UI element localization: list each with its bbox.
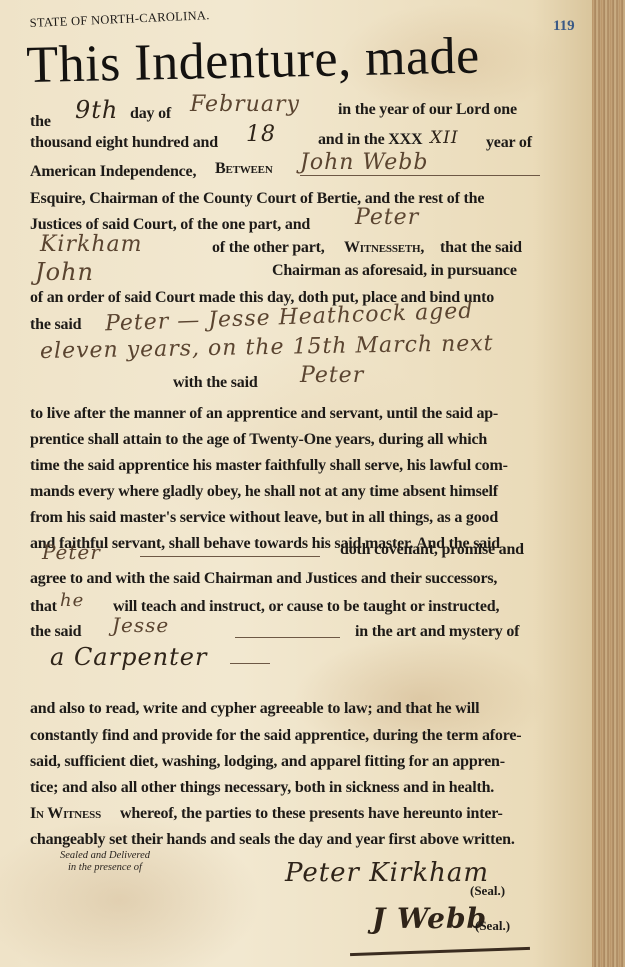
sealed-delivered-note: Sealed and Delivered in the presence of — [60, 850, 150, 874]
printed-text: day of — [130, 105, 171, 123]
printed-text: that the said — [440, 239, 522, 257]
printed-text: the — [30, 113, 51, 131]
printed-text: In Witness — [30, 805, 101, 823]
printed-text: Chairman as aforesaid, in pursuance — [272, 262, 517, 280]
printed-text: doth covenant, promise and — [340, 541, 524, 559]
printed-text: with the said — [173, 374, 258, 392]
signature-flourish — [350, 947, 530, 956]
seal-label: (Seal.) — [475, 918, 510, 934]
printed-text: and also to read, write and cypher agree… — [30, 700, 479, 718]
printed-text: said, sufficient diet, washing, lodging,… — [30, 753, 505, 771]
fill-line — [300, 175, 540, 176]
handwritten-party-last: Kirkham — [40, 232, 142, 257]
printed-text: American Independence, — [30, 163, 196, 181]
signature-webb: J Webb — [372, 902, 487, 935]
printed-text: that — [30, 598, 57, 616]
handwritten-party-first: Peter — [355, 205, 419, 230]
handwritten-day: 9th — [75, 96, 118, 124]
printed-text: prentice shall attain to the age of Twen… — [30, 431, 487, 449]
handwritten-month: February — [190, 92, 300, 117]
handwritten-chairman-name: John Webb — [300, 150, 428, 175]
document-title: This Indenture, made — [26, 27, 480, 95]
state-heading: STATE OF NORTH-CAROLINA. — [29, 8, 210, 31]
printed-text: in the art and mystery of — [355, 623, 519, 641]
handwritten-covenant-name: Peter — [42, 540, 101, 564]
handwritten-trade: a Carpenter — [50, 643, 207, 671]
printed-text: to live after the manner of an apprentic… — [30, 405, 498, 423]
printed-text: the said — [30, 623, 81, 641]
printed-text: Witnesseth, — [344, 239, 424, 257]
printed-text: will teach and instruct, or cause to be … — [113, 598, 499, 616]
printed-text: of the other part, — [212, 239, 325, 257]
handwritten-independence-year: XII — [430, 128, 459, 148]
document-page: STATE OF NORTH-CAROLINA. 119 This Indent… — [0, 0, 592, 967]
seal-label: (Seal.) — [470, 883, 505, 899]
printed-text: whereof, the parties to these presents h… — [120, 805, 503, 823]
fill-line — [140, 556, 320, 557]
printed-text: year of — [486, 134, 532, 152]
printed-text: from his said master's service without l… — [30, 509, 498, 527]
handwritten-chairman-first: John — [35, 258, 94, 286]
book-page-edges — [592, 0, 625, 967]
printed-text: Between — [215, 160, 273, 178]
handwritten-with-said: Peter — [300, 363, 364, 388]
printed-text: the said — [30, 316, 81, 334]
handwritten-year: 18 — [246, 122, 276, 147]
printed-text: tice; and also all other things necessar… — [30, 779, 494, 797]
printed-text: mands every where gladly obey, he shall … — [30, 483, 498, 501]
printed-text: agree to and with the said Chairman and … — [30, 570, 497, 588]
printed-text: and in the XXX — [318, 131, 422, 149]
fill-line — [235, 637, 340, 638]
printed-text: thousand eight hundred and — [30, 134, 218, 152]
page-number: 119 — [553, 18, 575, 35]
printed-text: changeably set their hands and seals the… — [30, 831, 515, 849]
printed-text: in the year of our Lord one — [338, 101, 517, 119]
printed-text: time the said apprentice his master fait… — [30, 457, 508, 475]
handwritten-apprentice-name: Jesse — [112, 613, 169, 637]
printed-text: constantly find and provide for the said… — [30, 727, 521, 745]
fill-line — [230, 663, 270, 664]
handwritten-pronoun: he — [60, 590, 84, 611]
signature-kirkham: Peter Kirkham — [285, 858, 489, 888]
